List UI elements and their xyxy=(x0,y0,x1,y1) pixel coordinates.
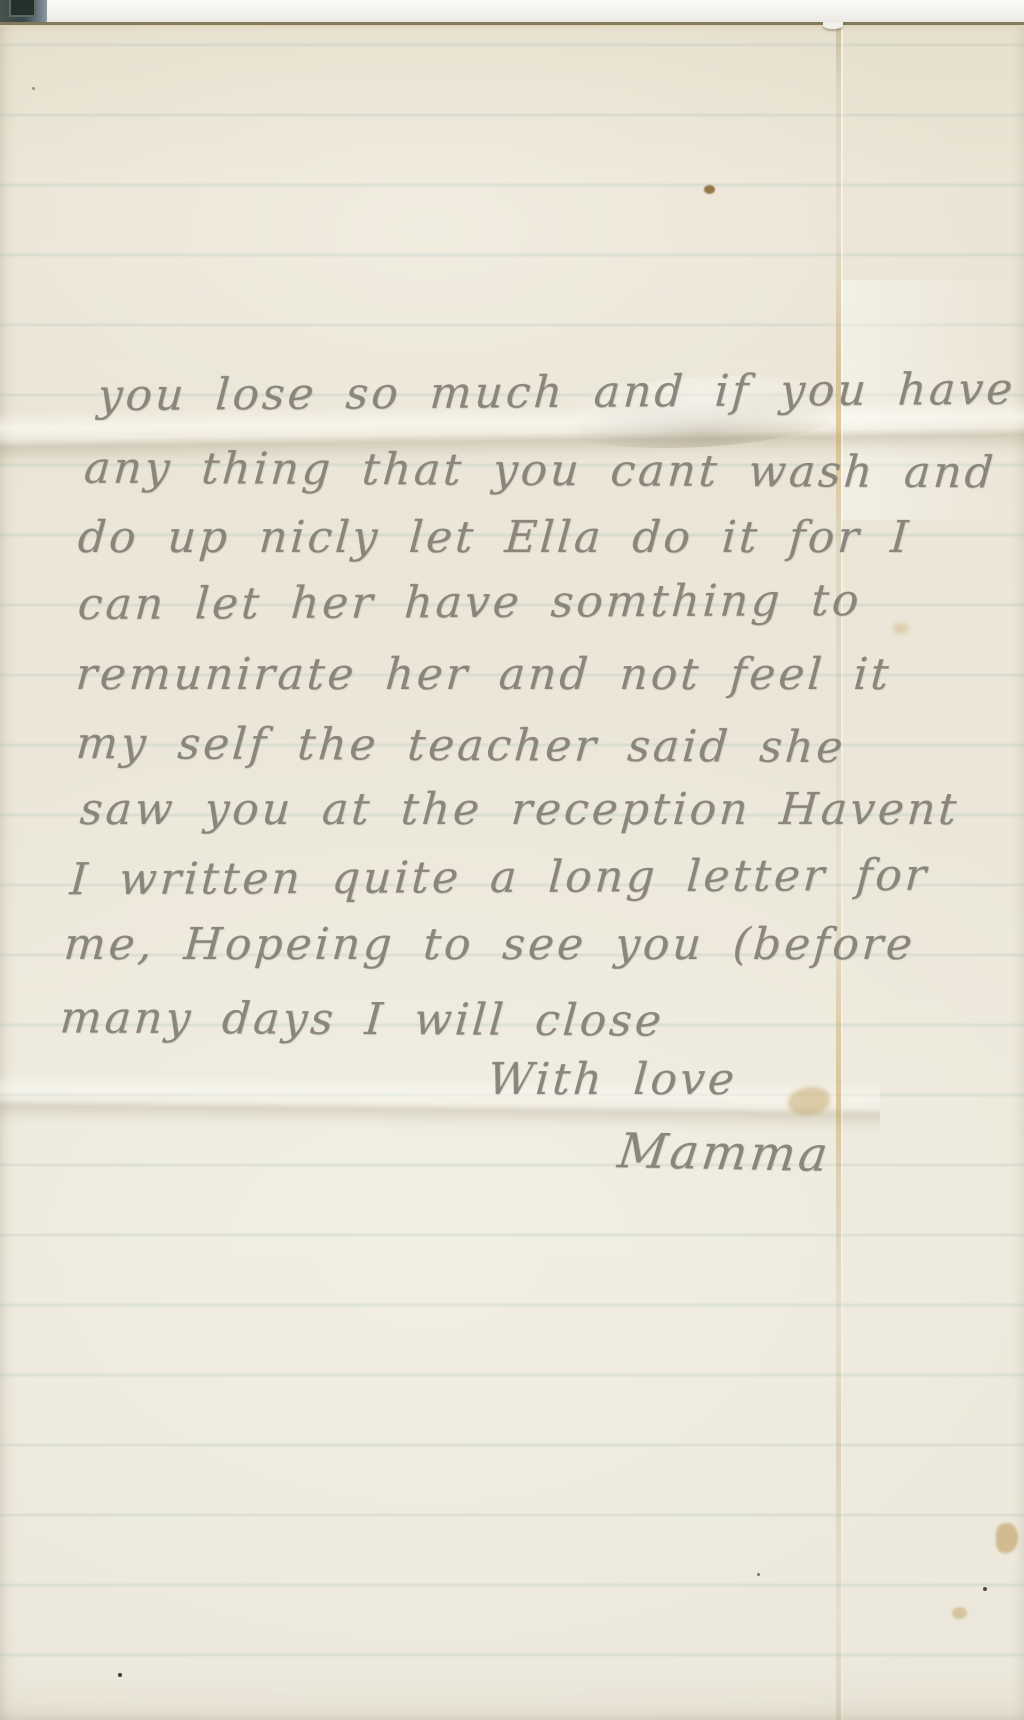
scanner-background xyxy=(0,0,1024,23)
paper-speck xyxy=(32,87,35,90)
letter-line: saw you at the reception Havent xyxy=(78,782,961,838)
foxing-stain xyxy=(704,185,715,194)
paper-speck xyxy=(757,1573,760,1576)
letter-line: me, Hopeing to see you (before xyxy=(62,917,917,973)
letter-paper: you lose so much and if you have any thi… xyxy=(0,22,1024,1720)
letter-signature: Mamma xyxy=(615,1123,834,1183)
letter-line: do up nicly let Ella do it for I xyxy=(76,510,913,566)
letter-closing: With love xyxy=(486,1052,739,1108)
paper-edge-notch xyxy=(823,22,843,29)
letter-line: remunirate her and not feel it xyxy=(74,647,893,703)
foxing-stain xyxy=(893,623,909,634)
letter-line: many days I will close xyxy=(58,990,666,1049)
letter-line: you lose so much and if you have xyxy=(96,362,1017,424)
paper-speck xyxy=(983,1587,987,1591)
letter-line: my self the teacher said she xyxy=(74,716,847,776)
letter-line: I written quite a long letter for xyxy=(68,848,931,908)
binder-clip-notch xyxy=(9,0,36,17)
paper-speck xyxy=(118,1673,122,1677)
foxing-stain xyxy=(952,1607,967,1619)
letter-line: any thing that you cant wash and xyxy=(82,441,998,502)
letter-line: can let her have somthing to xyxy=(76,573,863,633)
letter-scan: you lose so much and if you have any thi… xyxy=(0,0,1024,1720)
